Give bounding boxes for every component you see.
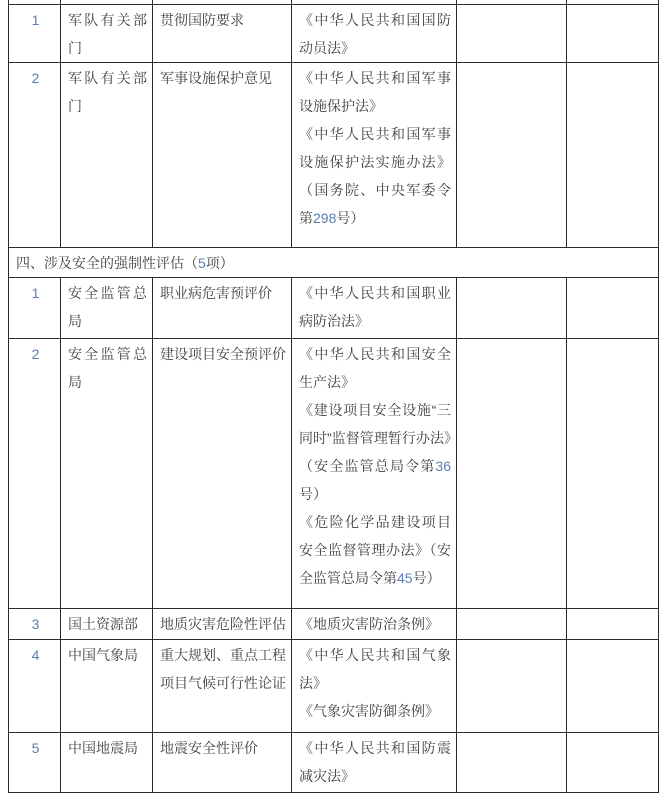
empty-cell-1 <box>457 277 567 338</box>
item-name-cell: 职业病危害预评价 <box>153 277 292 338</box>
numeral: 1 <box>32 12 40 28</box>
row-number-cell: 3 <box>9 608 61 639</box>
department-cell: 国土资源部 <box>61 608 153 639</box>
empty-cell-1 <box>457 639 567 732</box>
legal-basis-paragraph: 《中华人民共和国防震减灾法》 <box>299 734 451 790</box>
row-number-cell: 5 <box>9 732 61 792</box>
row-number-cell: 1 <box>9 277 61 338</box>
legal-basis-paragraph: 《中华人民共和国气象法》 <box>299 641 451 697</box>
row-number-cell: 2 <box>9 338 61 608</box>
item-name-cell: 贯彻国防要求 <box>153 4 292 62</box>
table-row: 1军队有关部门贯彻国防要求《中华人民共和国国防动员法》 <box>9 4 659 62</box>
numeral: 2 <box>32 70 40 86</box>
item-name-cell: 地震安全性评价 <box>153 732 292 792</box>
empty-cell-2 <box>567 277 659 338</box>
department-cell: 军队有关部门 <box>61 4 153 62</box>
numeral: 36 <box>435 458 451 474</box>
item-name-cell: 建设项目安全预评价 <box>153 338 292 608</box>
numeral: 4 <box>32 647 40 663</box>
legal-basis-cell: 《中华人民共和国职业病防治法》 <box>292 277 457 338</box>
legal-basis-paragraph: 《中华人民共和国军事设施保护法》 <box>299 64 451 120</box>
legal-basis-cell: 《中华人民共和国气象法》《气象灾害防御条例》 <box>292 639 457 732</box>
empty-cell-2 <box>567 732 659 792</box>
numeral: 45 <box>397 570 413 586</box>
table-row: 3国土资源部地质灾害危险性评估《地质灾害防治条例》 <box>9 608 659 639</box>
legal-basis-paragraph: 《建设项目安全设施“三同时”监督管理暂行办法》（安全监管总局令第36号） <box>299 396 451 508</box>
legal-basis-cell: 《地质灾害防治条例》 <box>292 608 457 639</box>
legal-basis-paragraph: 《地质灾害防治条例》 <box>299 610 451 638</box>
legal-basis-paragraph: 《危险化学品建设项目安全监督管理办法》（安全监管总局令第45号） <box>299 508 451 592</box>
numeral: 3 <box>32 616 40 632</box>
department-cell: 安全监管总局 <box>61 338 153 608</box>
empty-cell-1 <box>457 62 567 247</box>
numeral: 298 <box>313 210 336 226</box>
department-cell: 中国地震局 <box>61 732 153 792</box>
empty-cell-2 <box>567 4 659 62</box>
table-row: 2安全监管总局建设项目安全预评价《中华人民共和国安全生产法》《建设项目安全设施“… <box>9 338 659 608</box>
numeral: 2 <box>32 346 40 362</box>
empty-cell-1 <box>457 732 567 792</box>
section-header-label: 四、涉及安全的强制性评估（5项） <box>9 247 659 277</box>
numeral: 5 <box>198 255 206 271</box>
numeral: 5 <box>32 740 40 756</box>
legal-basis-paragraph: 《中华人民共和国军事设施保护法实施办法》（国务院、中央军委令第298号） <box>299 120 451 232</box>
department-cell: 安全监管总局 <box>61 277 153 338</box>
table-body: 1军队有关部门贯彻国防要求《中华人民共和国国防动员法》2军队有关部门军事设施保护… <box>9 0 659 792</box>
department-cell: 军队有关部门 <box>61 62 153 247</box>
empty-cell-2 <box>567 639 659 732</box>
row-number-cell: 1 <box>9 4 61 62</box>
legal-basis-cell: 《中华人民共和国安全生产法》《建设项目安全设施“三同时”监督管理暂行办法》（安全… <box>292 338 457 608</box>
row-number-cell: 4 <box>9 639 61 732</box>
table-row: 4中国气象局重大规划、重点工程项目气候可行性论证《中华人民共和国气象法》《气象灾… <box>9 639 659 732</box>
document-page: 1军队有关部门贯彻国防要求《中华人民共和国国防动员法》2军队有关部门军事设施保护… <box>0 0 664 793</box>
empty-cell-2 <box>567 608 659 639</box>
item-name-cell: 地质灾害危险性评估 <box>153 608 292 639</box>
legal-basis-paragraph: 《中华人民共和国安全生产法》 <box>299 340 451 396</box>
empty-cell-2 <box>567 62 659 247</box>
department-cell: 中国气象局 <box>61 639 153 732</box>
row-number-cell: 2 <box>9 62 61 247</box>
legal-basis-paragraph: 《中华人民共和国国防动员法》 <box>299 6 451 62</box>
assessment-table: 1军队有关部门贯彻国防要求《中华人民共和国国防动员法》2军队有关部门军事设施保护… <box>8 0 659 793</box>
empty-cell-1 <box>457 608 567 639</box>
table-row: 2军队有关部门军事设施保护意见《中华人民共和国军事设施保护法》《中华人民共和国军… <box>9 62 659 247</box>
empty-cell-1 <box>457 338 567 608</box>
table-row: 5中国地震局地震安全性评价《中华人民共和国防震减灾法》 <box>9 732 659 792</box>
item-name-cell: 重大规划、重点工程项目气候可行性论证 <box>153 639 292 732</box>
section-header-row: 四、涉及安全的强制性评估（5项） <box>9 247 659 277</box>
legal-basis-paragraph: 《中华人民共和国职业病防治法》 <box>299 279 451 335</box>
empty-cell-1 <box>457 4 567 62</box>
table-row: 1安全监管总局职业病危害预评价《中华人民共和国职业病防治法》 <box>9 277 659 338</box>
legal-basis-cell: 《中华人民共和国国防动员法》 <box>292 4 457 62</box>
empty-cell-2 <box>567 338 659 608</box>
numeral: 1 <box>32 285 40 301</box>
item-name-cell: 军事设施保护意见 <box>153 62 292 247</box>
legal-basis-cell: 《中华人民共和国防震减灾法》 <box>292 732 457 792</box>
legal-basis-paragraph: 《气象灾害防御条例》 <box>299 697 451 725</box>
legal-basis-cell: 《中华人民共和国军事设施保护法》《中华人民共和国军事设施保护法实施办法》（国务院… <box>292 62 457 247</box>
